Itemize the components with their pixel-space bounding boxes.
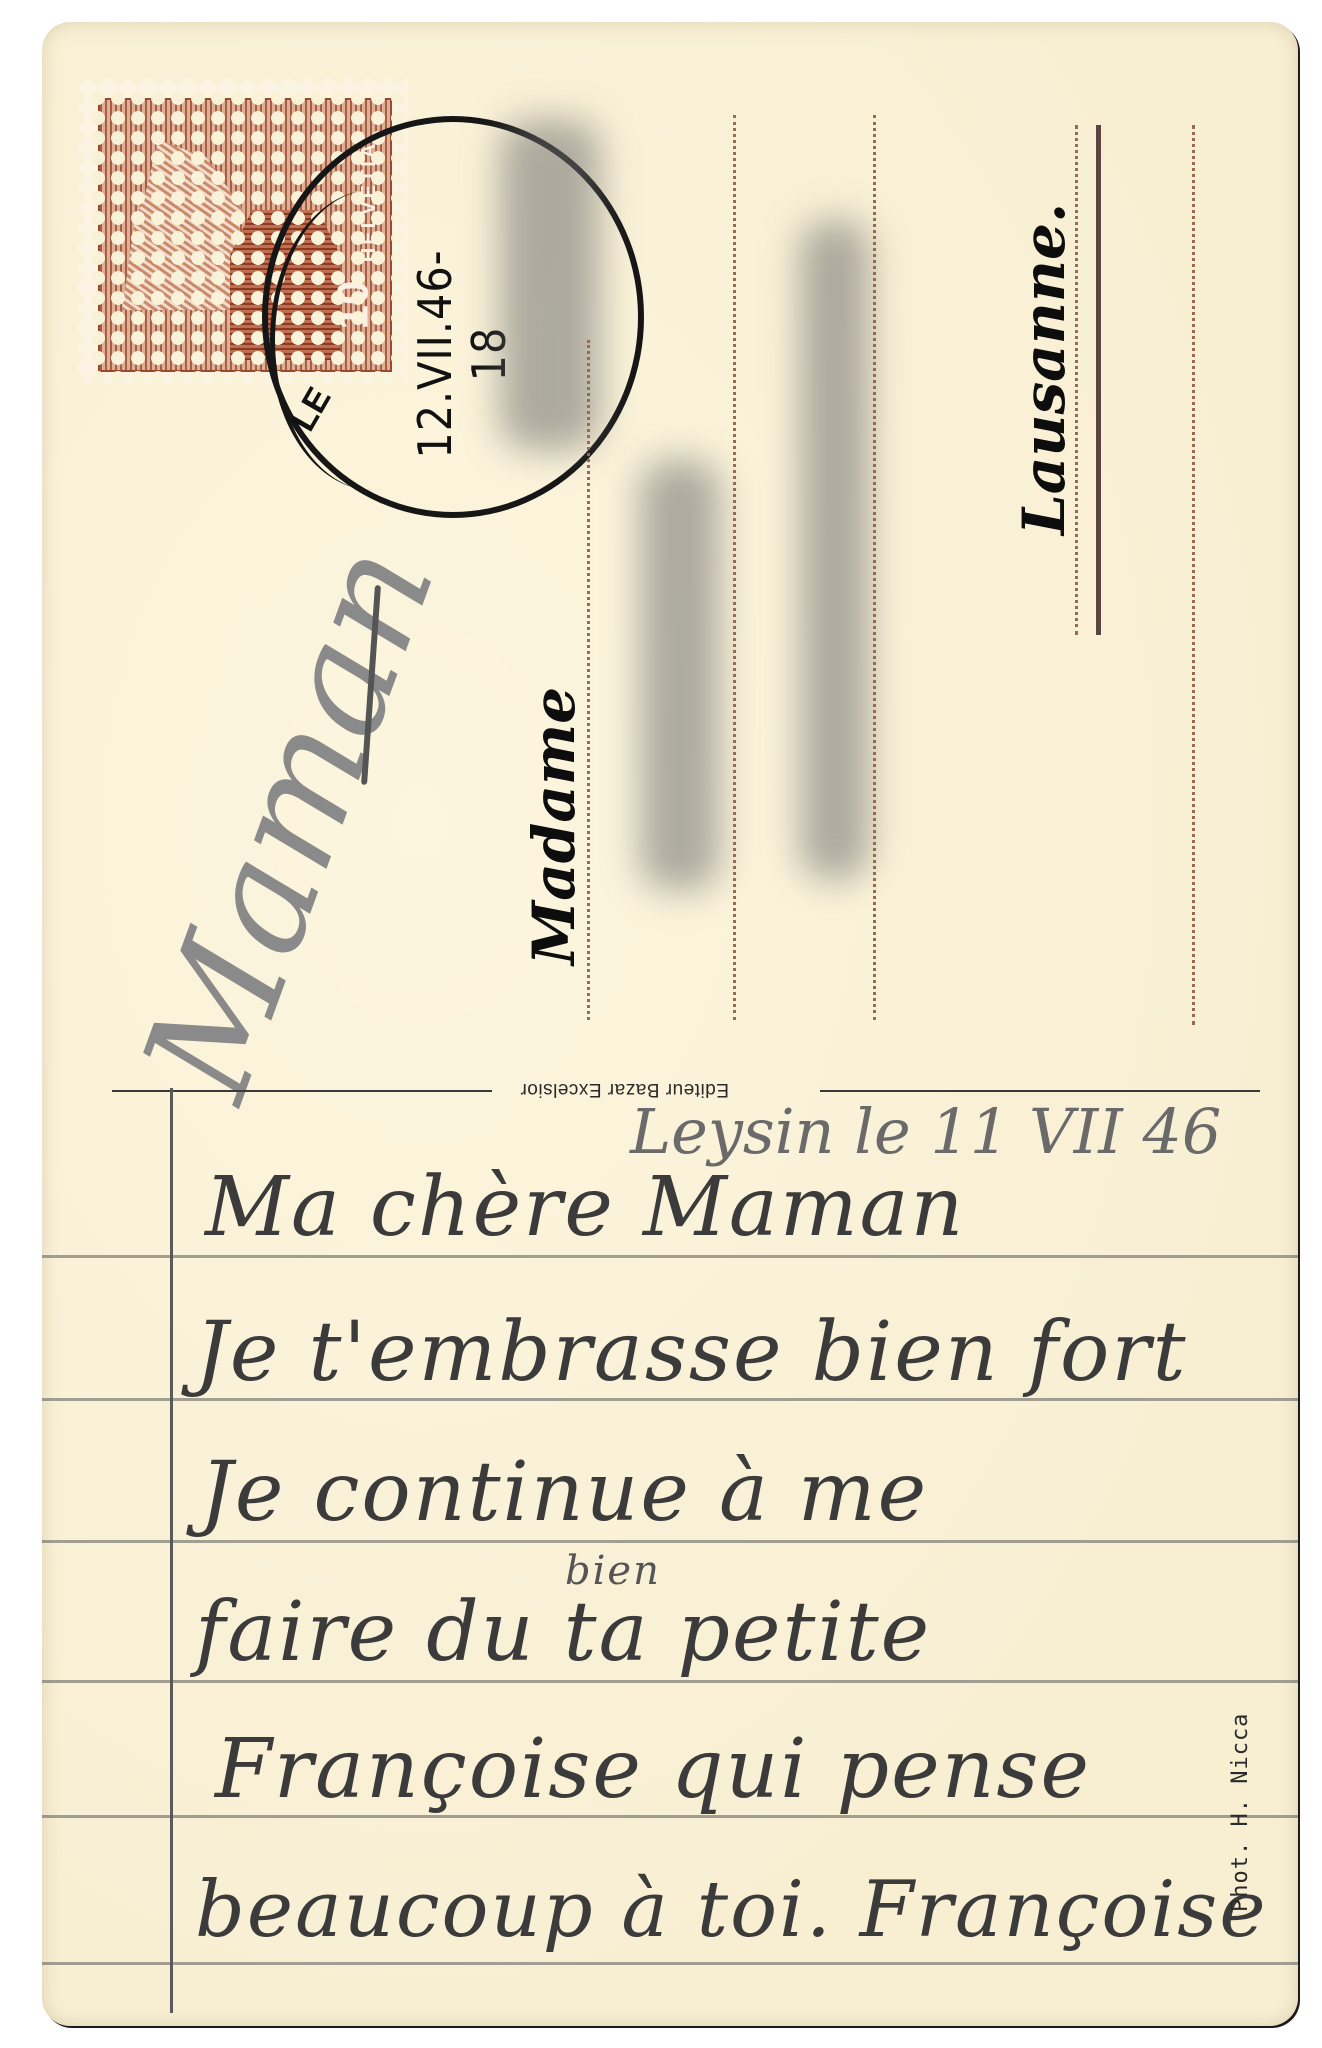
message-line-5: Françoise qui pense: [215, 1722, 1091, 1817]
address-guide-line-3: [873, 115, 876, 1020]
address-salutation: Madame: [520, 687, 588, 965]
ruled-line-6: [42, 1962, 1298, 1965]
photo-credit: Phot. H. Nicca: [1228, 1713, 1253, 1912]
address-guide-bar: [1096, 125, 1101, 635]
ruled-line-4: [42, 1680, 1298, 1683]
message-line-1: Ma chère Maman: [205, 1160, 965, 1255]
ruled-line-1: [42, 1255, 1298, 1258]
message-line-2: Je t'embrasse bien fort: [195, 1305, 1188, 1400]
section-divider-right: [820, 1090, 1260, 1092]
message-line-3: Je continue à me: [200, 1445, 928, 1540]
redacted-address-line-1: [640, 460, 720, 890]
redacted-address-line-2: [800, 220, 870, 880]
address-guide-line-5: [1192, 125, 1195, 1025]
message-margin-line: [170, 1088, 173, 2013]
mountain-icon: [122, 140, 242, 310]
section-divider-left: [112, 1090, 492, 1092]
message-line-4: faire du ta petite: [195, 1585, 931, 1680]
ruled-line-3: [42, 1540, 1298, 1543]
address-guide-line-2: [733, 115, 736, 1020]
address-city: Lausanne.: [1010, 203, 1078, 535]
message-line-6: beaucoup à toi. Françoise: [195, 1865, 1268, 1955]
message-dateline: Leysin le 11 VII 46: [630, 1095, 1221, 1168]
redacted-postmark-text: [500, 120, 600, 450]
